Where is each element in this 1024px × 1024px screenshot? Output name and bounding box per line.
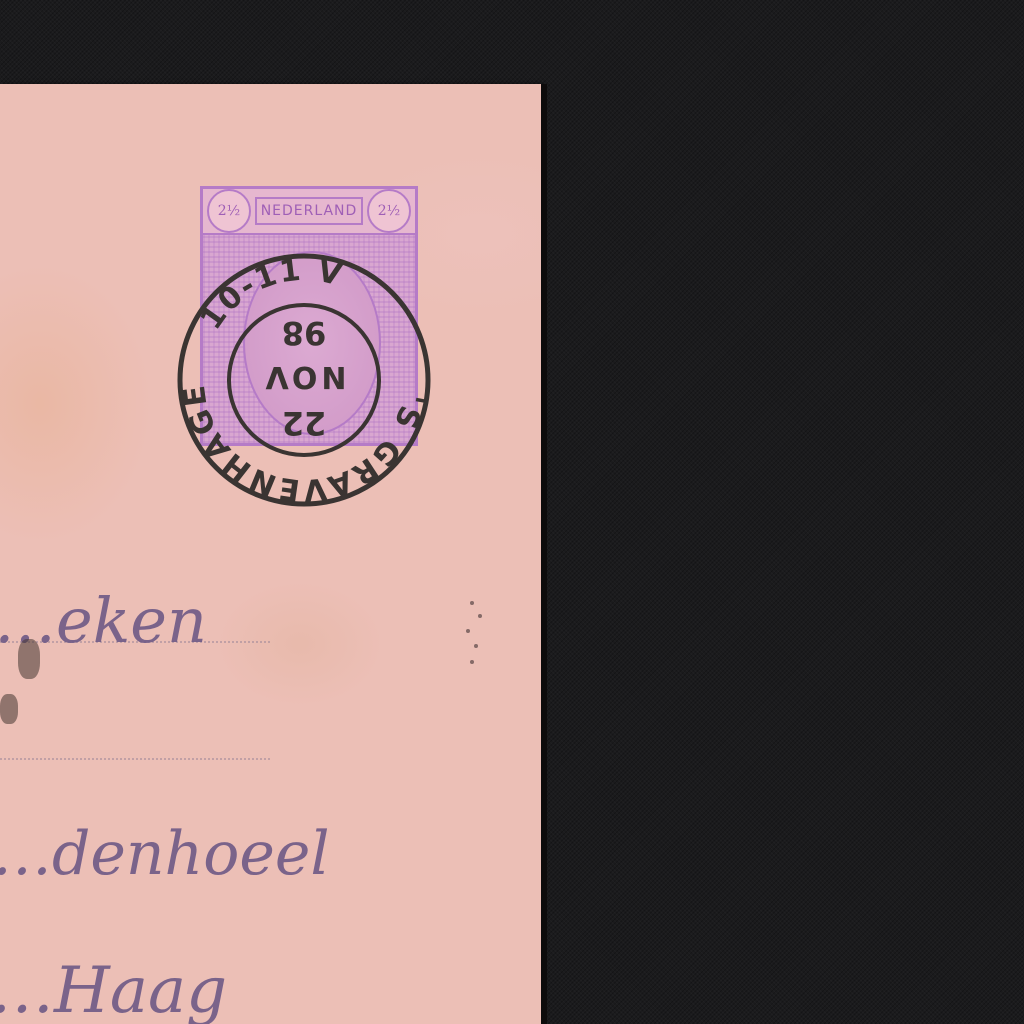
speckle	[470, 660, 474, 664]
stamp-value-right: 2½	[367, 189, 411, 233]
stamp-country: NEDERLAND	[255, 197, 363, 225]
speckle	[478, 614, 482, 618]
stamp-value-left: 2½	[207, 189, 251, 233]
stamp-header: 2½ NEDERLAND 2½	[203, 189, 415, 235]
ink-smudge	[0, 694, 18, 724]
postmark-graphic: 'S GRAVENHAGE 10-11 V 22 NOV 98	[172, 248, 436, 512]
ink-smudge	[18, 639, 40, 679]
postmark: 'S GRAVENHAGE 10-11 V 22 NOV 98	[172, 248, 436, 512]
speckle	[466, 629, 470, 633]
postmark-town: 'S GRAVENHAGE	[177, 382, 430, 508]
postcard: 2½ NEDERLAND 2½ 'S GRAVENHAGE 10-11 V 22…	[0, 84, 541, 1024]
postmark-year: 98	[282, 314, 327, 352]
svg-text:'S GRAVENHAGE: 'S GRAVENHAGE	[177, 382, 430, 508]
handwriting-line-2: …denhoeel	[0, 819, 330, 889]
speckle	[474, 644, 478, 648]
address-line-2	[0, 758, 270, 760]
postmark-day: 22	[282, 404, 327, 442]
handwriting-line-3: …Haag	[0, 954, 227, 1024]
card-edge-shadow	[541, 84, 547, 1024]
postmark-month: NOV	[261, 359, 346, 394]
speckle	[470, 601, 474, 605]
